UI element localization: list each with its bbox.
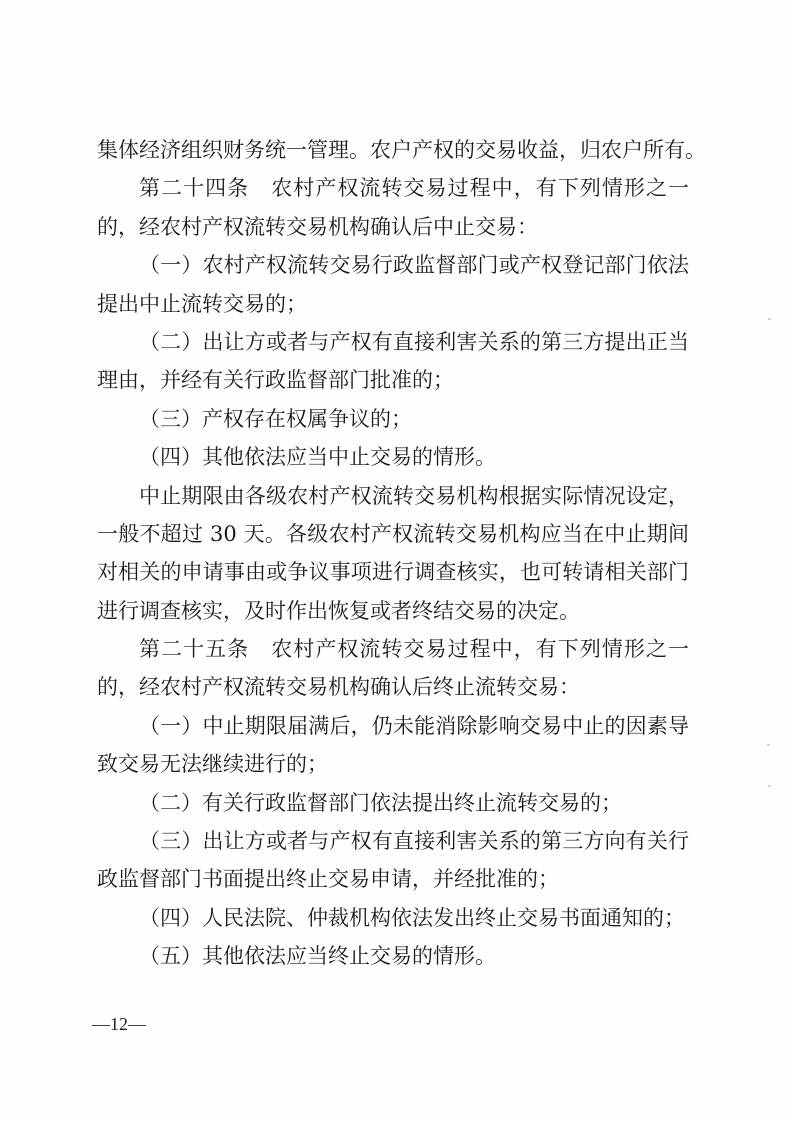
text-line: 政监督部门书面提出终止交易申请，并经批准的； [97, 860, 689, 898]
text-line: 进行调查核实，及时作出恢复或者终结交易的决定。 [97, 592, 689, 630]
text-line: （二）有关行政监督部门依法提出终止流转交易的； [97, 784, 689, 822]
text-line: （三）产权存在权属争议的； [97, 400, 689, 438]
text-line: （一）中止期限届满后，仍未能消除影响交易中止的因素导 [97, 707, 689, 745]
text-line: （五）其他依法应当终止交易的情形。 [97, 937, 689, 975]
text-line: 对相关的申请事由或争议事项进行调查核实，也可转请相关部门 [97, 553, 689, 591]
text-line: 集体经济组织财务统一管理。农户产权的交易收益，归农户所有。 [97, 131, 689, 169]
scan-speck [767, 744, 770, 746]
text-line: （四）其他依法应当中止交易的情形。 [97, 438, 689, 476]
page-number: —12— [92, 1014, 146, 1035]
text-line: 理由，并经有关行政监督部门批准的； [97, 361, 689, 399]
text-line: 一般不超过 30 天。各级农村产权流转交易机构应当在中止期间 [97, 515, 689, 553]
text-line: 致交易无法继续进行的； [97, 745, 689, 783]
text-line: 的，经农村产权流转交易机构确认后终止流转交易： [97, 668, 689, 706]
text-line: 中止期限由各级农村产权流转交易机构根据实际情况设定， [97, 477, 689, 515]
document-page: 集体经济组织财务统一管理。农户产权的交易收益，归农户所有。 第二十四条 农村产权… [0, 0, 793, 1121]
text-line: 提出中止流转交易的； [97, 285, 689, 323]
text-line: 第二十四条 农村产权流转交易过程中，有下列情形之一 [97, 169, 689, 207]
text-line: 第二十五条 农村产权流转交易过程中，有下列情形之一 [97, 630, 689, 668]
text-line: （一）农村产权流转交易行政监督部门或产权登记部门依法 [97, 246, 689, 284]
scan-speck [768, 785, 771, 787]
text-line: 的，经农村产权流转交易机构确认后中止交易： [97, 208, 689, 246]
text-line: （二）出让方或者与产权有直接利害关系的第三方提出正当 [97, 323, 689, 361]
text-line: （三）出让方或者与产权有直接利害关系的第三方向有关行 [97, 822, 689, 860]
scan-speck [768, 318, 771, 320]
text-line: （四）人民法院、仲裁机构依法发出终止交易书面通知的； [97, 899, 689, 937]
document-body: 集体经济组织财务统一管理。农户产权的交易收益，归农户所有。 第二十四条 农村产权… [97, 131, 689, 976]
